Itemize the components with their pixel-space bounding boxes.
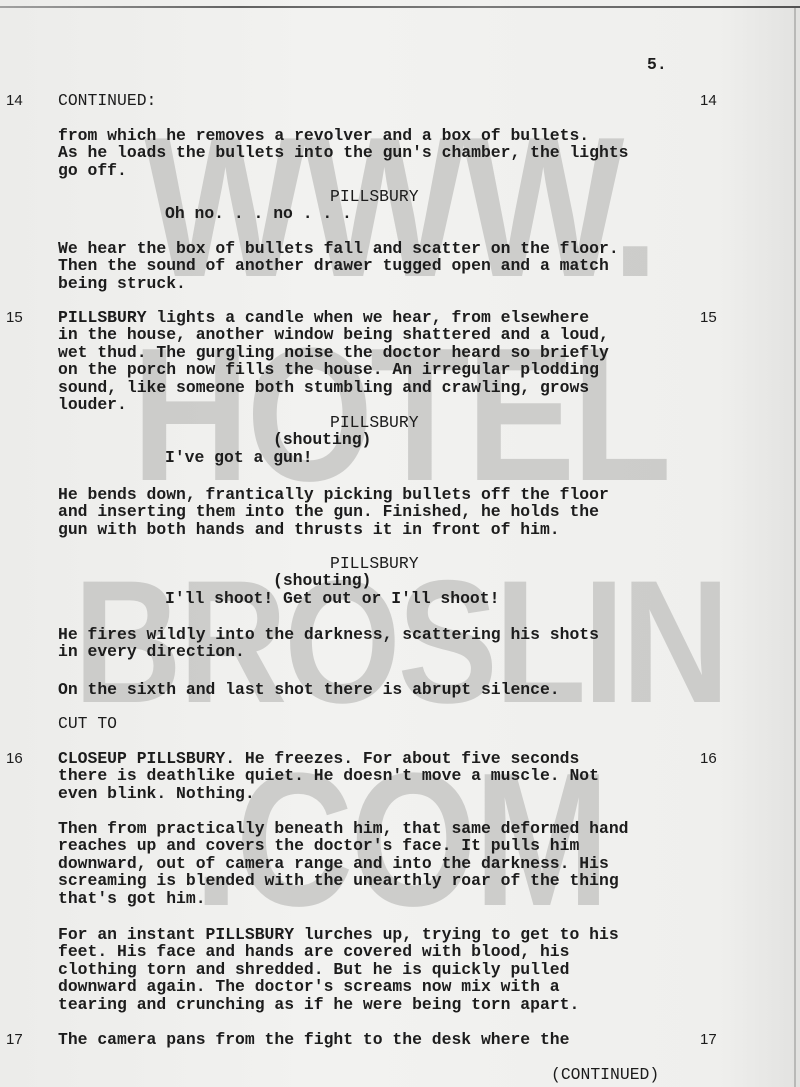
character-cue: PILLSBURY bbox=[330, 414, 419, 431]
page-number: 5. bbox=[647, 56, 667, 73]
page-right-edge bbox=[794, 8, 796, 1087]
script-page: WWW. HOTEL BROSLIN .COM 5. 14 CONTINUED:… bbox=[0, 0, 800, 1087]
dialogue: I'll shoot! Get out or I'll shoot! bbox=[165, 590, 499, 607]
scene-number-left: 16 bbox=[6, 750, 23, 767]
action-paragraph: We hear the box of bullets fall and scat… bbox=[58, 240, 698, 292]
scene-number-left: 14 bbox=[6, 92, 23, 109]
action-paragraph: For an instant PILLSBURY lurches up, try… bbox=[58, 926, 698, 1013]
action-paragraph: He fires wildly into the darkness, scatt… bbox=[58, 626, 698, 661]
action-paragraph: Then from practically beneath him, that … bbox=[58, 820, 698, 907]
scene-number-right: 17 bbox=[700, 1031, 717, 1048]
action-paragraph: On the sixth and last shot there is abru… bbox=[58, 681, 698, 698]
scene-number-right: 16 bbox=[700, 750, 717, 767]
action-paragraph: He bends down, frantically picking bulle… bbox=[58, 486, 698, 538]
character-cue: PILLSBURY bbox=[330, 188, 419, 205]
character-cue: PILLSBURY bbox=[330, 555, 419, 572]
scene-number-right: 14 bbox=[700, 92, 717, 109]
transition: CUT TO bbox=[58, 715, 698, 732]
action-paragraph: PILLSBURY lights a candle when we hear, … bbox=[58, 309, 698, 413]
continued-header: CONTINUED: bbox=[58, 92, 698, 109]
parenthetical: (shouting) bbox=[273, 431, 371, 448]
scene-number-left: 15 bbox=[6, 309, 23, 326]
page-top-edge bbox=[0, 6, 800, 8]
dialogue: Oh no. . . no . . . bbox=[165, 205, 352, 222]
dialogue: I've got a gun! bbox=[165, 449, 313, 466]
action-paragraph: CLOSEUP PILLSBURY. He freezes. For about… bbox=[58, 750, 698, 802]
scene-number-left: 17 bbox=[6, 1031, 23, 1048]
scene-number-right: 15 bbox=[700, 309, 717, 326]
parenthetical: (shouting) bbox=[273, 572, 371, 589]
action-paragraph: from which he removes a revolver and a b… bbox=[58, 127, 698, 179]
continued-footer: (CONTINUED) bbox=[551, 1066, 659, 1083]
action-paragraph: The camera pans from the fight to the de… bbox=[58, 1031, 698, 1048]
